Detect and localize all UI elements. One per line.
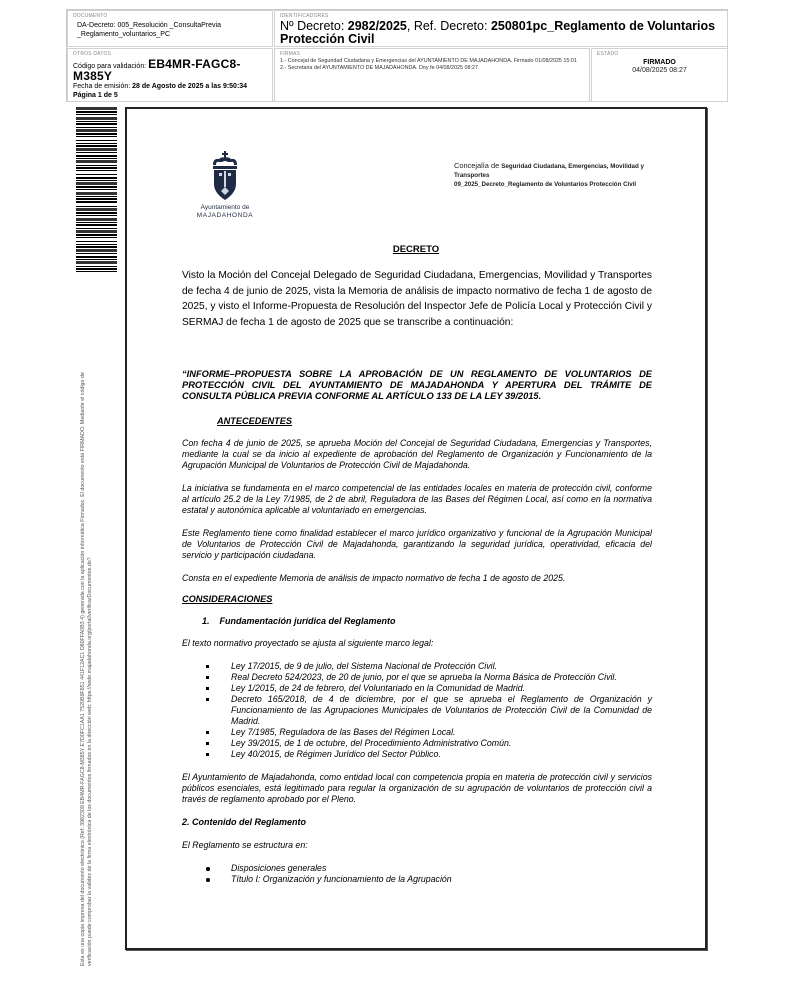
structure-list: Disposiciones generales Título I: Organi… bbox=[205, 863, 652, 885]
issue-date-value: 28 de Agosto de 2025 a las 9:50:34 bbox=[132, 83, 247, 90]
otros-datos-cell: OTROS DATOS Código para validación: EB4M… bbox=[67, 48, 273, 102]
list-item: Ley 17/2015, de 9 de julio, del Sistema … bbox=[205, 661, 652, 672]
antecedentes-heading: ANTECEDENTES bbox=[217, 416, 652, 427]
decree-identifier: Nº Decreto: 2982/2025, Ref. Decreto: 250… bbox=[280, 20, 722, 46]
list-item: Decreto 165/2018, de 4 de diciembre, por… bbox=[205, 694, 652, 727]
firmas-cell: FIRMAS 1.- Concejal de Seguridad Ciudada… bbox=[274, 48, 590, 102]
document-metadata-header: DOCUMENTO DA-Decreto: 005_Resolución _Co… bbox=[66, 9, 728, 102]
logo-line-2: MAJADAHONDA bbox=[189, 212, 261, 219]
intro-paragraph: Visto la Moción del Concejal Delegado de… bbox=[182, 268, 652, 330]
section-1-closing: El Ayuntamiento de Majadahonda, como ent… bbox=[182, 772, 652, 805]
section-2-intro: El Reglamento se estructura en: bbox=[182, 840, 652, 851]
decree-number: 2982/2025 bbox=[348, 19, 407, 33]
section-2-heading: 2. Contenido del Reglamento bbox=[182, 817, 652, 828]
signature-1: 1.- Concejal de Seguridad Ciudadana y Em… bbox=[280, 58, 584, 65]
legal-framework-list: Ley 17/2015, de 9 de julio, del Sistema … bbox=[205, 661, 652, 760]
page-title: DECRETO bbox=[127, 244, 705, 255]
list-item: Ley 40/2015, de Régimen Jurídico del Sec… bbox=[205, 749, 652, 760]
status-date: 04/08/2025 08:27 bbox=[597, 67, 722, 75]
documento-value: DA-Decreto: 005_Resolución _ConsultaPrev… bbox=[77, 21, 267, 39]
verification-side-text: Esta es una copia impresa del documento … bbox=[80, 296, 94, 966]
logo-line-1: Ayuntamiento de bbox=[189, 204, 261, 212]
validation-code: Código para validación: EB4MR-FAGC8-M385… bbox=[73, 60, 267, 83]
document-reference: 09_2025_Decreto_Reglamento de Voluntario… bbox=[454, 181, 636, 188]
document-page: Ayuntamiento de MAJADAHONDA Concejalía d… bbox=[125, 107, 707, 950]
issue-date: Fecha de emisión: 28 de Agosto de 2025 a… bbox=[73, 83, 267, 92]
documento-cell: DOCUMENTO DA-Decreto: 005_Resolución _Co… bbox=[67, 10, 273, 47]
page-count: Página 1 de 5 bbox=[73, 92, 267, 101]
firmas-caption: FIRMAS bbox=[280, 51, 584, 58]
list-item: Ley 39/2015, de 1 de octubre, del Proced… bbox=[205, 738, 652, 749]
department-name: Seguridad Ciudadana, Emergencias, Movili… bbox=[501, 163, 644, 170]
section-1-intro: El texto normativo proyectado se ajusta … bbox=[182, 638, 652, 649]
consideraciones-heading: CONSIDERACIONES bbox=[182, 594, 652, 605]
informe-title: “INFORME–PROPUESTA SOBRE LA APROBACIÓN D… bbox=[182, 369, 652, 402]
document-body: Visto la Moción del Concejal Delegado de… bbox=[182, 268, 652, 885]
identificadores-cell: IDENTIFICADORES Nº Decreto: 2982/2025, R… bbox=[274, 10, 728, 47]
city-logo: Ayuntamiento de MAJADAHONDA bbox=[189, 151, 261, 219]
documento-caption: DOCUMENTO bbox=[73, 13, 267, 20]
antecedentes-paragraph-3: Este Reglamento tiene como finalidad est… bbox=[182, 528, 652, 561]
section-1-heading: 1. Fundamentación jurídica del Reglament… bbox=[202, 616, 652, 627]
list-item: Ley 7/1985, Reguladora de las Bases del … bbox=[205, 727, 652, 738]
barcode bbox=[76, 107, 117, 275]
validation-code-value: EB4MR-FAGC8-M385Y bbox=[73, 57, 241, 83]
list-item: Ley 1/2015, de 24 de febrero, del Volunt… bbox=[205, 683, 652, 694]
estado-cell: ESTADO FIRMADO 04/08/2025 08:27 bbox=[591, 48, 728, 102]
antecedentes-paragraph-2: La iniciativa se fundamenta en el marco … bbox=[182, 483, 652, 516]
list-item: Real Decreto 524/2023, de 20 de junio, p… bbox=[205, 672, 652, 683]
antecedentes-paragraph-1: Con fecha 4 de junio de 2025, se aprueba… bbox=[182, 438, 652, 471]
signature-2: 2.- Secretaria del AYUNTAMIENTO DE MAJAD… bbox=[280, 65, 584, 72]
department-header: Concejalía de Seguridad Ciudadana, Emerg… bbox=[454, 161, 664, 189]
estado-caption: ESTADO bbox=[597, 51, 722, 58]
list-item: Disposiciones generales bbox=[205, 863, 652, 874]
coat-of-arms-icon bbox=[210, 151, 240, 201]
antecedentes-paragraph-4: Consta en el expediente Memoria de análi… bbox=[182, 573, 652, 584]
list-item: Título I: Organización y funcionamiento … bbox=[205, 874, 652, 885]
status-badge: FIRMADO bbox=[597, 59, 722, 67]
